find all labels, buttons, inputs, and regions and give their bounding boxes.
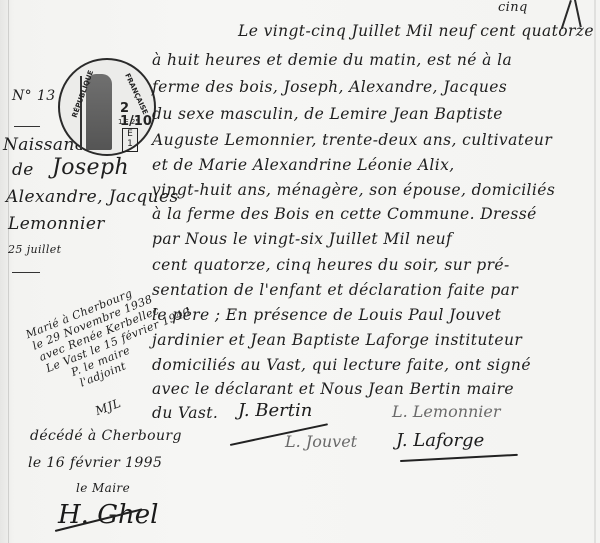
margin-de: de	[12, 160, 34, 180]
body-line: sentation de l'enfant et déclaration fai…	[152, 281, 518, 299]
body-line: du Vast.	[152, 404, 218, 422]
body-line: Le vingt-cinq Juillet Mil neuf cent quat…	[238, 22, 594, 40]
death-note-line-2: le 16 février 1995	[28, 455, 162, 471]
body-line: ferme des bois, Joseph, Alexandre, Jacqu…	[152, 78, 507, 96]
body-line: et de Marie Alexandrine Léonie Alix,	[152, 156, 455, 174]
signature-witness-2-flourish	[400, 454, 518, 462]
margin-first-name: Joseph	[52, 155, 129, 180]
stamp-box: E 1	[122, 128, 138, 152]
signature-witness-1: L. Jouvet	[285, 432, 357, 451]
marriage-note-initials: MJL	[93, 396, 122, 418]
stamp-value-sub: 1 F 25	[118, 118, 140, 126]
body-line: vingt-huit ans, ménagère, son épouse, do…	[152, 181, 555, 199]
republique-francaise-stamp: 2 1/10 1 F 25 E 1 RÉPUBLIQUE FRANÇAISE	[58, 58, 156, 156]
page-left-edge	[8, 0, 9, 543]
body-line: avec le déclarant et Nous Jean Bertin ma…	[152, 380, 514, 398]
death-note-line-3: le Maire	[76, 481, 130, 495]
margin-rule-2	[12, 272, 40, 273]
body-line: à huit heures et demie du matin, est né …	[152, 51, 512, 69]
body-line: à la ferme des Bois en cette Commune. Dr…	[152, 205, 537, 223]
death-note-line-1: décédé à Cherbourg	[30, 428, 182, 444]
body-line: domiciliés au Vast, qui lecture faite, o…	[152, 356, 531, 374]
act-number: N° 13	[12, 88, 56, 104]
body-line: par Nous le vingt-six Juillet Mil neuf	[152, 230, 452, 248]
document-page: cinq N° 13 Naissance de Joseph Alexandre…	[0, 0, 600, 543]
signature-mayor: J. Bertin	[238, 400, 312, 421]
margin-surname: Lemonnier	[8, 214, 105, 234]
body-line: cent quatorze, cinq heures du soir, sur …	[152, 256, 510, 274]
top-right-note: cinq	[498, 0, 528, 15]
body-line: du sexe masculin, de Lemire Jean Baptist…	[152, 105, 503, 123]
margin-date: 25 juillet	[8, 243, 61, 256]
margin-rule-1	[14, 126, 40, 127]
body-line: Auguste Lemonnier, trente-deux ans, cult…	[152, 131, 552, 149]
page-right-edge	[594, 0, 596, 543]
signature-witness-2: J. Laforge	[396, 430, 484, 451]
signature-declarant: L. Lemonnier	[392, 402, 501, 421]
